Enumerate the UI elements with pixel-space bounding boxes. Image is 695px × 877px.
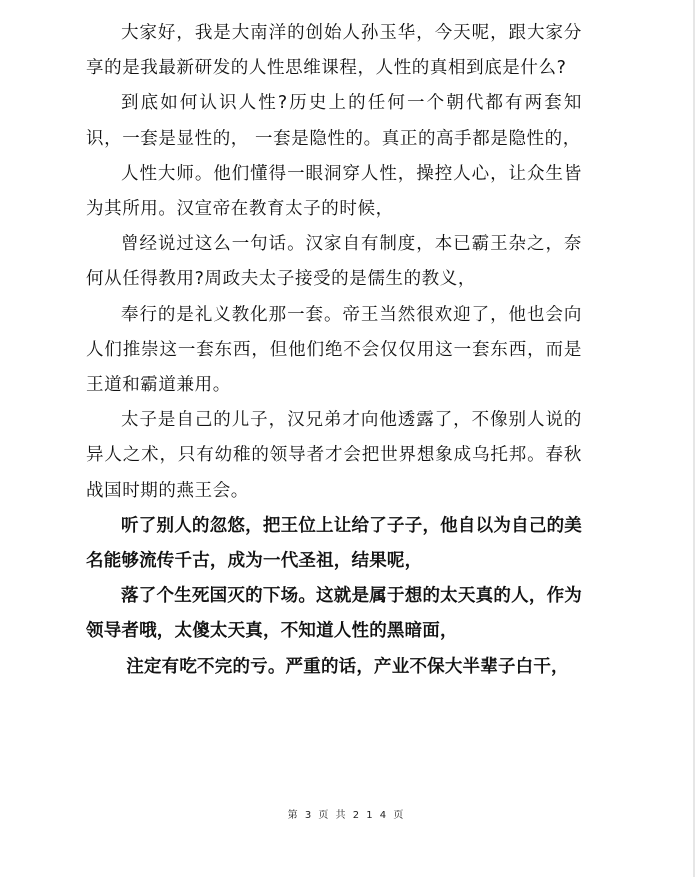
paragraph-8: 落了个生死国灭的下场。这就是属于想的太天真的人，作为领导者哦，太傻太天真，不知道… — [86, 579, 582, 649]
paragraph-9: 注定有吃不完的亏。严重的话，产业不保大半辈子白干， — [86, 650, 582, 685]
paragraph-5: 奉行的是礼义教化那一套。帝王当然很欢迎了，他也会向人们推崇这一套东西，但他们绝不… — [86, 298, 582, 404]
paragraph-1: 大家好，我是大南洋的创始人孙玉华，今天呢，跟大家分享的是我最新研发的人性思维课程… — [86, 16, 582, 86]
paragraph-3: 人性大师。他们懂得一眼洞穿人性，操控人心，让众生皆为其所用。汉宣帝在教育太子的时… — [86, 157, 582, 227]
document-page: 大家好，我是大南洋的创始人孙玉华，今天呢，跟大家分享的是我最新研发的人性思维课程… — [0, 0, 693, 877]
paragraph-7: 听了别人的忽悠，把王位上让给了子子，他自以为自己的美名能够流传千古，成为一代圣祖… — [86, 509, 582, 579]
page-number-footer: 第 3 页 共 2 1 4 页 — [0, 806, 693, 821]
paragraph-2: 到底如何认识人性?历史上的任何一个朝代都有两套知识，一套是显性的， 一套是隐性的… — [86, 86, 582, 156]
paragraph-4: 曾经说过这么一句话。汉家自有制度，本已霸王杂之，奈何从任得教用?周政夫太子接受的… — [86, 227, 582, 297]
paragraph-6: 太子是自己的儿子，汉兄弟才向他透露了，不像别人说的异人之术，只有幼稚的领导者才会… — [86, 403, 582, 509]
page-body: 大家好，我是大南洋的创始人孙玉华，今天呢，跟大家分享的是我最新研发的人性思维课程… — [86, 16, 582, 685]
